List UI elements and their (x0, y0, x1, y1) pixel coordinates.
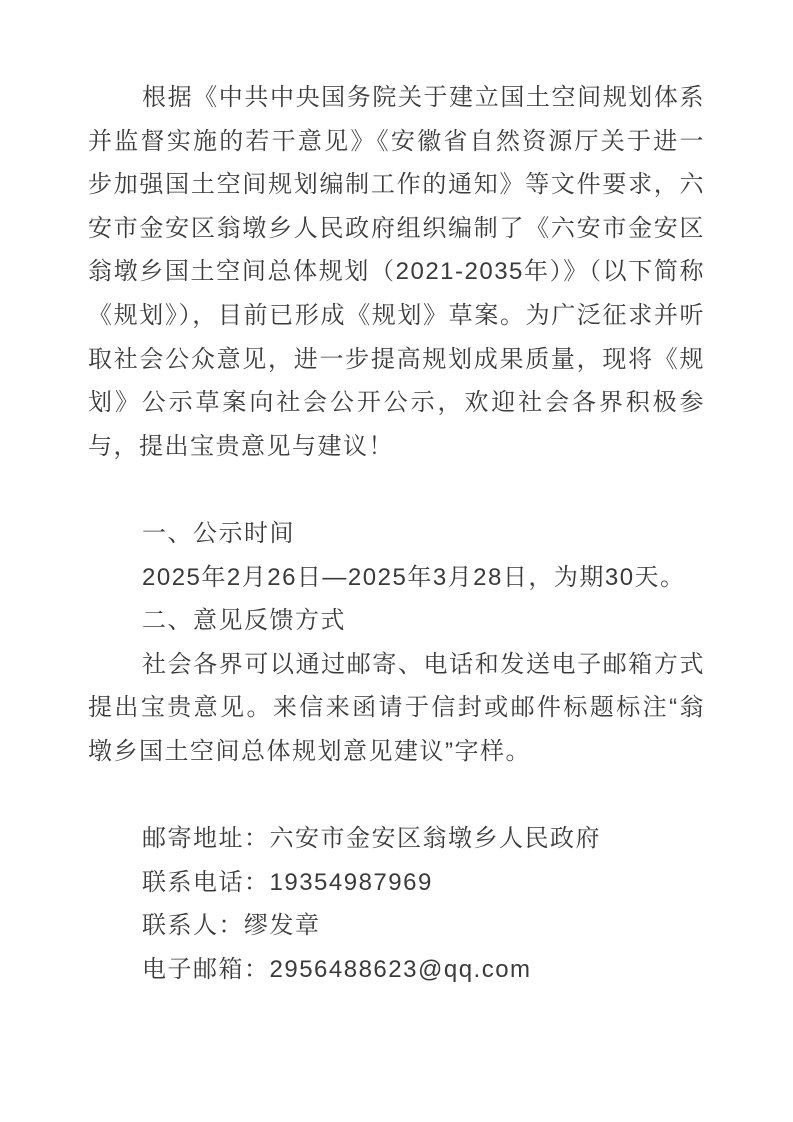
feedback-method-text: 社会各界可以通过邮寄、电话和发送电子邮箱方式提出宝贵意见。来信来函请于信封或邮件… (88, 643, 705, 774)
email-label: 电子邮箱： (142, 956, 270, 983)
mailing-address-line: 邮寄地址：六安市金安区翁墩乡人民政府 (88, 817, 705, 861)
intro-paragraph: 根据《中共中央国务院关于建立国土空间规划体系并监督实施的若干意见》《安徽省自然资… (88, 76, 705, 468)
notice-page: 根据《中共中央国务院关于建立国土空间规划体系并监督实施的若干意见》《安徽省自然资… (0, 0, 793, 1122)
contact-person-line: 联系人：缪发章 (88, 904, 705, 948)
phone-label: 联系电话： (142, 869, 270, 896)
contact-person-value: 缪发章 (244, 912, 321, 939)
mailing-address-label: 邮寄地址： (142, 825, 270, 852)
mailing-address-value: 六安市金安区翁墩乡人民政府 (270, 825, 602, 852)
publicity-period-text: 2025年2月26日—2025年3月28日，为期30天。 (88, 556, 705, 600)
contact-person-label: 联系人： (142, 912, 244, 939)
phone-line: 联系电话：19354987969 (88, 861, 705, 905)
section-publicity-period-heading: 一、公示时间 (88, 512, 705, 556)
section-feedback-method-heading: 二、意见反馈方式 (88, 599, 705, 643)
phone-value: 19354987969 (270, 869, 433, 896)
email-value: 2956488623@qq.com (270, 956, 532, 983)
email-line: 电子邮箱：2956488623@qq.com (88, 948, 705, 992)
